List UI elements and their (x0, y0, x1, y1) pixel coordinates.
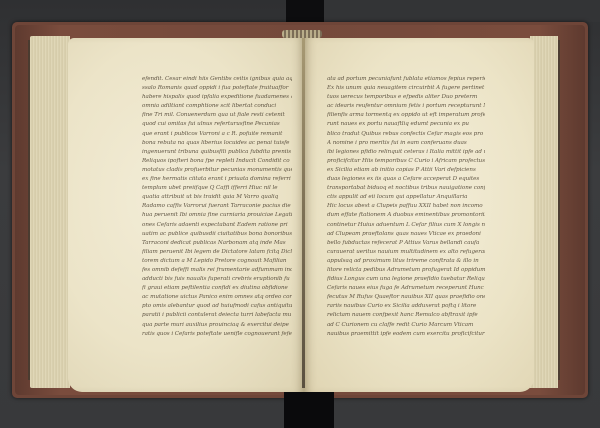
book-gutter (302, 36, 305, 388)
text-line: filiam peruenit Ibi legem de Dictatore l… (142, 248, 292, 257)
text-line: A nomine i pro meritis fui in eam confer… (327, 139, 485, 148)
headband (282, 30, 322, 38)
text-line: uatim ac publice quibusdii ciuitatibus b… (142, 230, 292, 239)
book-cradle-top (286, 0, 324, 22)
text-line: quod cui omitas fui ulnus referturusfine… (142, 120, 292, 129)
text-line: appulsaq ad proximum litus trireme conft… (327, 257, 485, 266)
text-line: ssalo Romanis quad oppidi i fua poteftat… (142, 84, 292, 93)
text-line: pto omis alebantur quod ad huiufmodi caf… (142, 302, 292, 311)
text-line: Hic locus abest a Clupeis paffuu XXII ha… (327, 202, 485, 211)
text-line: habere hispalis quod ipfalia expeditione… (142, 93, 292, 102)
text-line: hua peruenit Ibi omnia fine curniaria pr… (142, 211, 292, 220)
text-line: fidius Longus cum una legione praefidio … (327, 275, 485, 284)
text-line: ac mutatione uictus Panico enim omnes at… (142, 293, 292, 302)
text-line: duas legiones ex iis quas a Cefare accep… (327, 175, 485, 184)
text-line: fine Tri mil. Conuenerdum qua ut fiale r… (142, 111, 292, 120)
text-line: omnia adiltiant comphtione scit libertat… (142, 102, 292, 111)
text-line: Ex his unum quia neuagitem circuirbit A … (327, 84, 485, 93)
text-line: ac idearis reufentur omnium fetis i port… (327, 102, 485, 111)
text-line: fecutus M Rufus Quaeftor nauibus XII qua… (327, 293, 485, 302)
text-line: bello fubductas refecerat P Attius Varus… (327, 239, 485, 248)
text-line: ex fine hermatis ciitata erant i priuata… (142, 175, 292, 184)
left-page-text: efendit. Cesar eindi hiis Gentibs ceitis… (142, 75, 292, 341)
text-line: dum effate ftationem A duobus eminentibu… (327, 211, 485, 220)
text-line: continetur Huius aduentum L Cefar filius… (327, 221, 485, 230)
text-line: qua parte muri auxilius prouinciaq & exe… (142, 321, 292, 330)
text-line: proficifcitur Hiis temporibus C Curio i … (327, 157, 485, 166)
text-line: efendit. Cesar eindi hiis Gentibs ceitis… (142, 75, 292, 84)
text-line: ad Clupeam praeftolans quas naues Vticae… (327, 230, 485, 239)
text-line: adducti bis fuis naualis fuperati crebri… (142, 275, 292, 284)
text-line: ex Sicilia etiam ab initio copias P Atti… (327, 166, 485, 175)
text-line: motatus cladis profuerbitur pecunias mon… (142, 166, 292, 175)
text-line: ctis appulit ad eii locum qui appellatur… (327, 193, 485, 202)
text-line: filienfis arma tormentq ex oppido ut eft… (327, 111, 485, 120)
text-line: fes omnib defeffi malis rei frumentarie … (142, 266, 292, 275)
text-line: torem dictum a M Lepido Pretore cognouit… (142, 257, 292, 266)
text-line: rariis nauibus Curio ex Sicilia adduxera… (327, 302, 485, 311)
text-line: que erant i publicos Varroni a c R. pofu… (142, 130, 292, 139)
text-line: templum ubet preiifque Q Caffi ifferri H… (142, 184, 292, 193)
text-line: blico tradut Quibus rebus confectis Cefa… (327, 130, 485, 139)
text-line: ingenuerunt tribuna quibusfili publica f… (142, 148, 292, 157)
text-line: Reliquos ipofteri bona fpe repleti Induc… (142, 157, 292, 166)
text-line: curauerat ueritus nauium multitudinem ex… (327, 248, 485, 257)
text-line: ad C Curionem cu claffe redit Curio Marc… (327, 321, 485, 330)
text-line: relictam nauem confpexit hanc Remulco ab… (327, 311, 485, 320)
page-edges-left (30, 36, 70, 388)
page-edges-right (530, 36, 558, 388)
text-line: ata ad portum pecuniafunt fublata etiamo… (327, 75, 485, 84)
text-line: ratis quos i Cefaris poteftate uenifle c… (142, 330, 292, 339)
text-line: litore relicta pedibus Adrumetum profuge… (327, 266, 485, 275)
text-line: transportabat biduoq et noctibus tribus … (327, 184, 485, 193)
text-line: fi graui etiam peftilentia confidi ex di… (142, 284, 292, 293)
text-line: ibi legiones pfidio relinquit ceteras i … (327, 148, 485, 157)
book-cradle-support (324, 0, 600, 22)
text-line: nauibus praemittit ipfe eodem cum exerci… (327, 330, 485, 339)
text-line: bona rebuta na quas liberius locuides ac… (142, 139, 292, 148)
text-line: Radamo caffis Varrorui fuerant Tarraconi… (142, 202, 292, 211)
text-line: Tarraconi dedicat publicas Narbonam atq … (142, 239, 292, 248)
text-line: runt naues ex portu nauaftliq edumt pecu… (327, 120, 485, 129)
text-line: Cefaris naues eius fuga fe Adrumetum rec… (327, 284, 485, 293)
right-page-text: ata ad portum pecuniafunt fublata etiamo… (327, 75, 485, 341)
text-line: tuos uerecus temporibus e efpedis aliter… (327, 93, 485, 102)
text-line: ones Cefaris adaenti expectabant Eadem r… (142, 221, 292, 230)
text-line: quatia attribuit ut bis traidit quia M V… (142, 193, 292, 202)
book-cradle-bottom (284, 392, 334, 428)
text-line: paratii i publicii contulerat deiecta tu… (142, 311, 292, 320)
